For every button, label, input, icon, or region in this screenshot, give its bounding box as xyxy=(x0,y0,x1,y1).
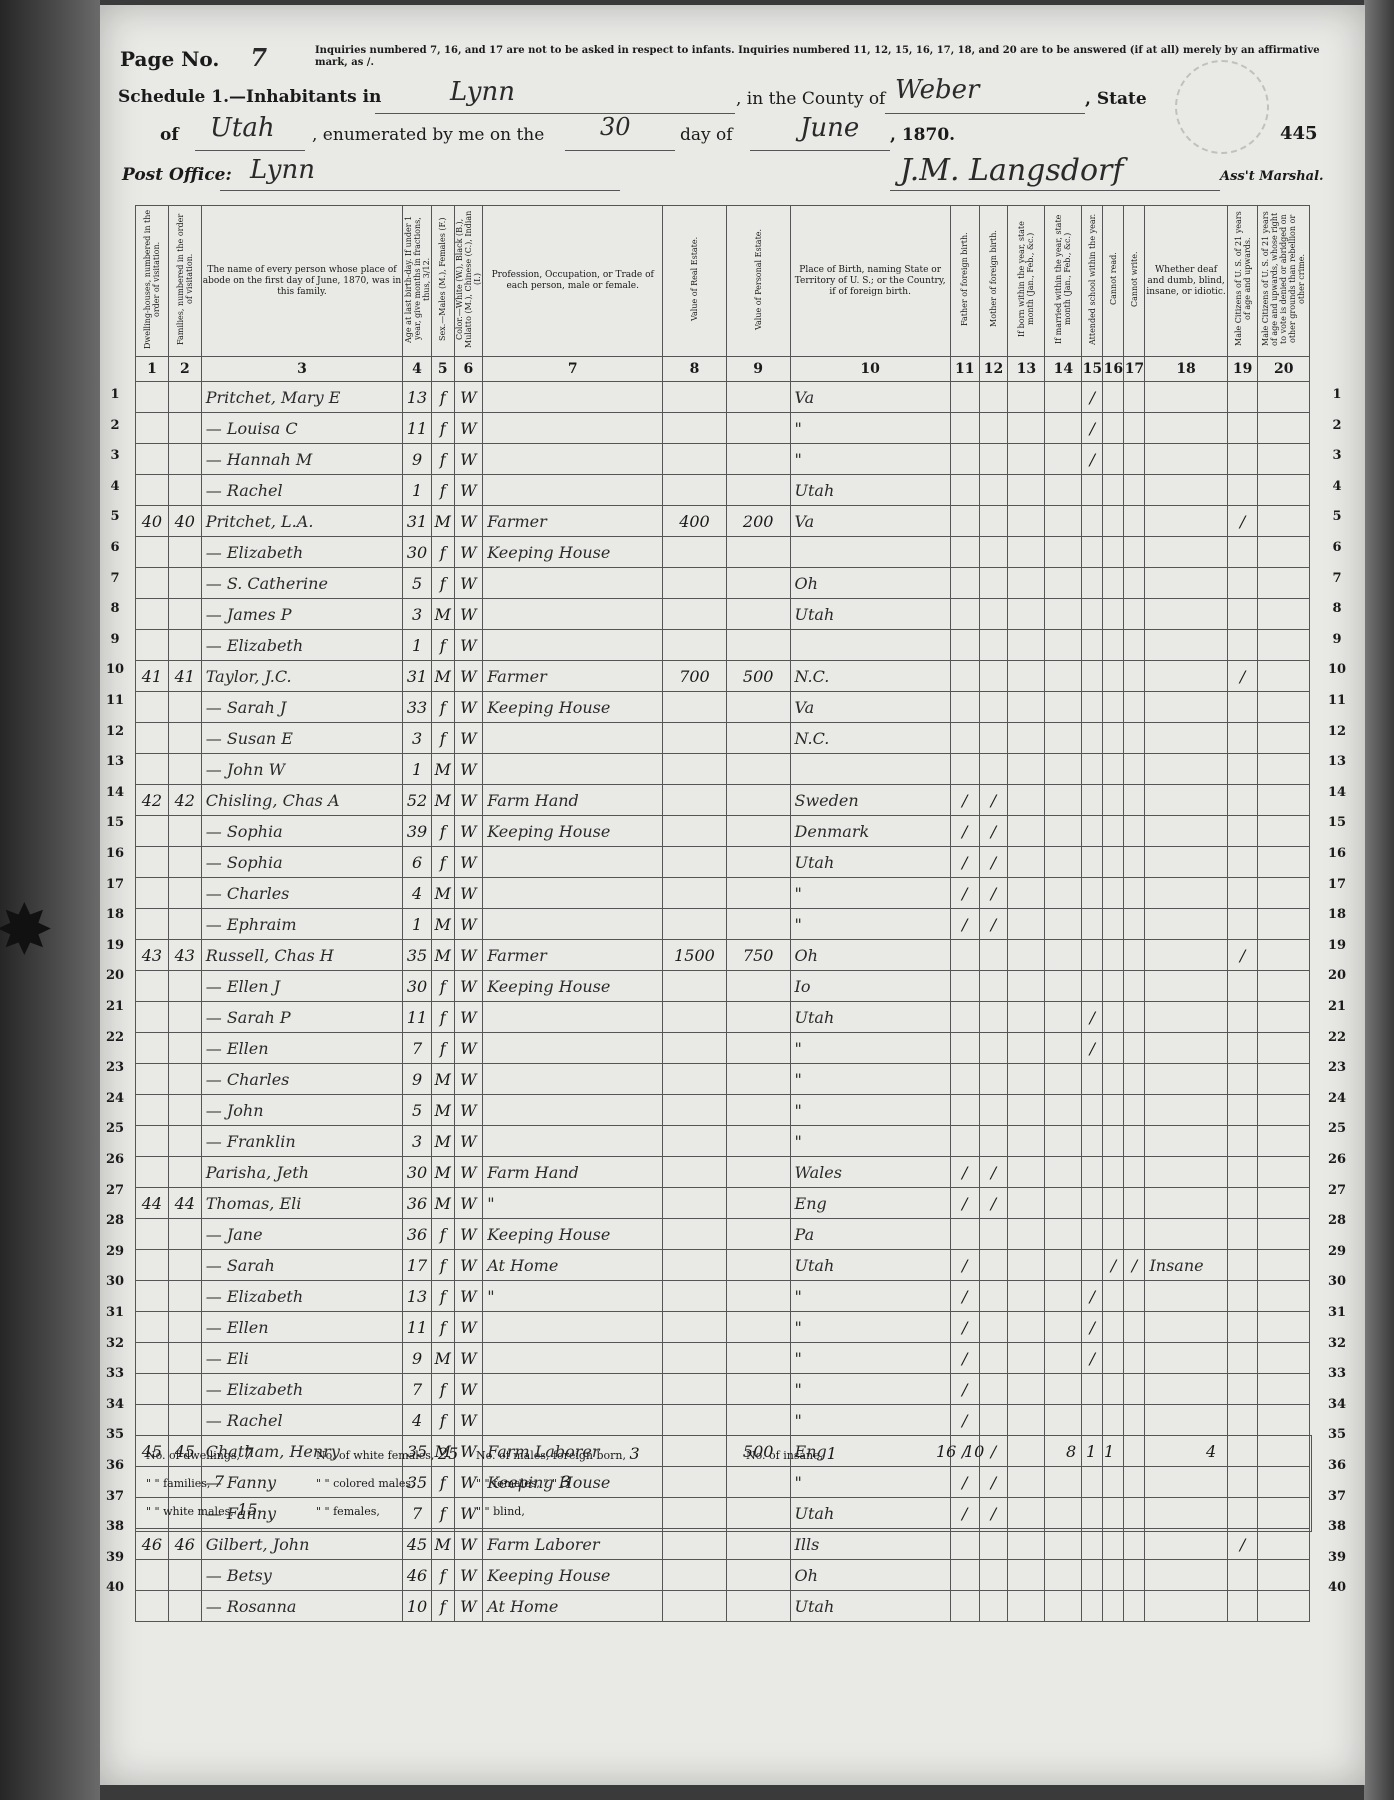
cell-pe xyxy=(726,413,790,444)
table-row: 4444Thomas, Eli36MW"Eng// xyxy=(136,1188,1310,1219)
cell-fam: 44 xyxy=(168,1188,201,1219)
cell-c20 xyxy=(1258,1064,1310,1095)
cell-c17 xyxy=(1124,816,1145,847)
cell-name: — John W xyxy=(201,754,402,785)
cell-c17 xyxy=(1124,1343,1145,1374)
cell-re xyxy=(663,1560,727,1591)
line-number: 2 xyxy=(1322,418,1352,433)
cell-c14 xyxy=(1045,413,1082,444)
cell-c13 xyxy=(1008,940,1045,971)
cell-c17 xyxy=(1124,1405,1145,1436)
cell-c12 xyxy=(979,692,1008,723)
cell-sex: M xyxy=(431,1188,454,1219)
cell-fam xyxy=(168,1281,201,1312)
line-number: 34 xyxy=(1322,1397,1352,1412)
cell-birth: " xyxy=(790,1312,950,1343)
stamp-number: 445 xyxy=(1280,123,1318,144)
cell-c15 xyxy=(1082,754,1103,785)
line-number: 28 xyxy=(1322,1213,1352,1228)
table-row: — Rachel4fW"/ xyxy=(136,1405,1310,1436)
line-number: 19 xyxy=(100,938,130,953)
cell-pe xyxy=(726,723,790,754)
cell-c14 xyxy=(1045,1281,1082,1312)
cell-c12: / xyxy=(979,785,1008,816)
cell-c15 xyxy=(1082,878,1103,909)
cell-fam xyxy=(168,630,201,661)
cell-c15: / xyxy=(1082,382,1103,413)
col-num: 15 xyxy=(1082,357,1103,382)
cell-c14 xyxy=(1045,1405,1082,1436)
cell-c18 xyxy=(1145,1405,1227,1436)
cell-dw xyxy=(136,1126,169,1157)
cell-name: — Sarah P xyxy=(201,1002,402,1033)
line-number: 26 xyxy=(100,1152,130,1167)
cell-c20 xyxy=(1258,723,1310,754)
cell-c14 xyxy=(1045,1219,1082,1250)
cell-fam xyxy=(168,692,201,723)
cell-sex: M xyxy=(431,1343,454,1374)
line-number: 3 xyxy=(100,448,130,463)
cell-sex: f xyxy=(431,971,454,1002)
cell-name: — Sarah J xyxy=(201,692,402,723)
cell-age: 3 xyxy=(403,599,432,630)
cell-c18 xyxy=(1145,1343,1227,1374)
cell-c19 xyxy=(1227,537,1258,568)
cell-re xyxy=(663,1591,727,1622)
cell-sex: f xyxy=(431,1312,454,1343)
cell-c15 xyxy=(1082,971,1103,1002)
cell-c15 xyxy=(1082,940,1103,971)
cell-color: W xyxy=(454,475,483,506)
cell-c19 xyxy=(1227,599,1258,630)
cell-dw xyxy=(136,816,169,847)
cell-pe xyxy=(726,1405,790,1436)
line-number: 33 xyxy=(100,1366,130,1381)
cell-re xyxy=(663,1343,727,1374)
cell-c20 xyxy=(1258,1033,1310,1064)
cell-c12: / xyxy=(979,1188,1008,1219)
cell-c16 xyxy=(1103,1343,1124,1374)
cell-name: Pritchet, Mary E xyxy=(201,382,402,413)
cell-c15: / xyxy=(1082,1281,1103,1312)
table-row: 4141Taylor, J.C.31MWFarmer700500N.C./ xyxy=(136,661,1310,692)
cell-pe xyxy=(726,1374,790,1405)
cell-re xyxy=(663,785,727,816)
cell-name: — Sophia xyxy=(201,847,402,878)
cell-c11: / xyxy=(950,1312,979,1343)
cell-birth: Utah xyxy=(790,1250,950,1281)
white-females-count: No. of white females, 25 xyxy=(316,1444,458,1463)
cell-c14 xyxy=(1045,1188,1082,1219)
cell-re xyxy=(663,568,727,599)
cell-c12 xyxy=(979,506,1008,537)
star-mark-icon: ✸ xyxy=(0,895,54,965)
cell-occ xyxy=(483,1405,663,1436)
cell-c12: / xyxy=(979,816,1008,847)
cell-c20 xyxy=(1258,630,1310,661)
cell-pe: 200 xyxy=(726,506,790,537)
cell-c17 xyxy=(1124,785,1145,816)
cell-fam xyxy=(168,1374,201,1405)
col-num: 3 xyxy=(201,357,402,382)
cell-c19 xyxy=(1227,1560,1258,1591)
enumeration-month: June xyxy=(800,113,859,143)
cell-pe xyxy=(726,1064,790,1095)
cell-c11 xyxy=(950,1219,979,1250)
cell-color: W xyxy=(454,1312,483,1343)
line-number: 9 xyxy=(100,632,130,647)
col-header-18: Whether deaf and dumb, blind, insane, or… xyxy=(1145,206,1227,357)
cell-c15 xyxy=(1082,1560,1103,1591)
col-header-1: Dwelling-houses, numbered in the order o… xyxy=(136,206,169,357)
cell-sex: f xyxy=(431,816,454,847)
cell-dw xyxy=(136,1002,169,1033)
line-number: 10 xyxy=(1322,662,1352,677)
cell-c13 xyxy=(1008,971,1045,1002)
cell-dw xyxy=(136,1405,169,1436)
cell-birth: Oh xyxy=(790,1560,950,1591)
cell-age: 52 xyxy=(403,785,432,816)
cell-fam xyxy=(168,1064,201,1095)
line-number: 14 xyxy=(1322,785,1352,800)
col-header-16: Cannot read. xyxy=(1103,206,1124,357)
cell-pe xyxy=(726,847,790,878)
cell-sex: M xyxy=(431,661,454,692)
line-number: 27 xyxy=(100,1183,130,1198)
cell-sex: f xyxy=(431,1560,454,1591)
cell-c19 xyxy=(1227,444,1258,475)
cell-occ: At Home xyxy=(483,1250,663,1281)
cell-c20 xyxy=(1258,1281,1310,1312)
cell-color: W xyxy=(454,971,483,1002)
cell-c17 xyxy=(1124,475,1145,506)
cell-c13 xyxy=(1008,1095,1045,1126)
cell-fam xyxy=(168,878,201,909)
cell-age: 30 xyxy=(403,1157,432,1188)
table-row: — Charles9MW" xyxy=(136,1064,1310,1095)
cell-c11 xyxy=(950,568,979,599)
cell-occ xyxy=(483,599,663,630)
cell-dw xyxy=(136,1064,169,1095)
cell-c14 xyxy=(1045,568,1082,599)
cell-re xyxy=(663,1219,727,1250)
cell-c14 xyxy=(1045,1157,1082,1188)
cell-c13 xyxy=(1008,1343,1045,1374)
cell-dw xyxy=(136,723,169,754)
cell-name: — Ellen xyxy=(201,1312,402,1343)
table-row: — Sarah J33fWKeeping HouseVa xyxy=(136,692,1310,723)
cell-birth: Utah xyxy=(790,1591,950,1622)
cell-c19 xyxy=(1227,692,1258,723)
cell-dw xyxy=(136,444,169,475)
cell-c11 xyxy=(950,444,979,475)
cell-age: 30 xyxy=(403,537,432,568)
cell-c16 xyxy=(1103,1374,1124,1405)
cell-occ xyxy=(483,630,663,661)
cell-c17 xyxy=(1124,971,1145,1002)
cell-c12: / xyxy=(979,878,1008,909)
cell-name: — Rachel xyxy=(201,475,402,506)
table-row: — Ellen J30fWKeeping HouseIo xyxy=(136,971,1310,1002)
cell-pe xyxy=(726,1281,790,1312)
table-row: 4646Gilbert, John45MWFarm LaborerIlls/ xyxy=(136,1529,1310,1560)
cell-c12 xyxy=(979,971,1008,1002)
cell-c16 xyxy=(1103,630,1124,661)
cell-c13 xyxy=(1008,847,1045,878)
cell-c11: / xyxy=(950,816,979,847)
cell-age: 1 xyxy=(403,754,432,785)
cell-c16 xyxy=(1103,754,1124,785)
cell-name: — Ephraim xyxy=(201,909,402,940)
cell-c20 xyxy=(1258,1157,1310,1188)
cell-c14 xyxy=(1045,599,1082,630)
signature-underline xyxy=(890,190,1220,191)
cell-sex: f xyxy=(431,1002,454,1033)
cell-c11 xyxy=(950,1529,979,1560)
cell-birth: " xyxy=(790,909,950,940)
cell-c19 xyxy=(1227,847,1258,878)
cell-c12 xyxy=(979,537,1008,568)
cell-name: — Eli xyxy=(201,1343,402,1374)
cell-birth: " xyxy=(790,1095,950,1126)
cell-c16 xyxy=(1103,661,1124,692)
line-number: 18 xyxy=(100,907,130,922)
cell-age: 35 xyxy=(403,940,432,971)
cell-c17 xyxy=(1124,630,1145,661)
cell-c13 xyxy=(1008,599,1045,630)
cell-c12 xyxy=(979,940,1008,971)
cell-c15 xyxy=(1082,847,1103,878)
cell-sex: M xyxy=(431,785,454,816)
cell-fam: 43 xyxy=(168,940,201,971)
line-number: 10 xyxy=(100,662,130,677)
cell-dw xyxy=(136,413,169,444)
col-num: 1 xyxy=(136,357,169,382)
cell-c15 xyxy=(1082,1157,1103,1188)
cell-c18 xyxy=(1145,1126,1227,1157)
cell-c16 xyxy=(1103,413,1124,444)
table-row: — Elizabeth7fW"/ xyxy=(136,1374,1310,1405)
enumeration-year: , 1870. xyxy=(890,125,955,145)
cell-c15 xyxy=(1082,1374,1103,1405)
cell-c11 xyxy=(950,1064,979,1095)
cell-c11 xyxy=(950,1126,979,1157)
cell-c17 xyxy=(1124,909,1145,940)
cell-re xyxy=(663,847,727,878)
cell-color: W xyxy=(454,1343,483,1374)
cell-pe xyxy=(726,537,790,568)
place-underline xyxy=(375,113,735,114)
cell-c17: / xyxy=(1124,1250,1145,1281)
cell-birth: " xyxy=(790,1405,950,1436)
cell-name: — Charles xyxy=(201,1064,402,1095)
cell-c13 xyxy=(1008,1374,1045,1405)
cell-c18 xyxy=(1145,1188,1227,1219)
cell-birth: " xyxy=(790,1064,950,1095)
cell-c12 xyxy=(979,754,1008,785)
cell-name: — Rosanna xyxy=(201,1591,402,1622)
cell-c19 xyxy=(1227,1312,1258,1343)
cell-c11: / xyxy=(950,1405,979,1436)
table-row: — Rosanna10fWAt HomeUtah xyxy=(136,1591,1310,1622)
cell-sex: M xyxy=(431,1095,454,1126)
cell-sex: f xyxy=(431,847,454,878)
cell-color: W xyxy=(454,1250,483,1281)
cell-color: W xyxy=(454,723,483,754)
cell-c17 xyxy=(1124,1033,1145,1064)
line-number: 26 xyxy=(1322,1152,1352,1167)
cell-fam xyxy=(168,1591,201,1622)
cell-c20 xyxy=(1258,506,1310,537)
cell-c14 xyxy=(1045,785,1082,816)
cell-c20 xyxy=(1258,816,1310,847)
cell-dw xyxy=(136,878,169,909)
cell-c13 xyxy=(1008,1405,1045,1436)
cell-c13 xyxy=(1008,1064,1045,1095)
table-row: — Ephraim1MW"// xyxy=(136,909,1310,940)
cell-c12 xyxy=(979,1033,1008,1064)
cell-re xyxy=(663,1405,727,1436)
stamp-circle xyxy=(1175,60,1269,154)
line-number: 35 xyxy=(1322,1427,1352,1442)
cell-dw xyxy=(136,568,169,599)
cell-c20 xyxy=(1258,1095,1310,1126)
cell-c19 xyxy=(1227,723,1258,754)
cell-c18 xyxy=(1145,692,1227,723)
cell-pe xyxy=(726,1343,790,1374)
cell-c12 xyxy=(979,1095,1008,1126)
cell-age: 1 xyxy=(403,909,432,940)
cell-c17 xyxy=(1124,878,1145,909)
cell-re xyxy=(663,1157,727,1188)
cell-dw: 41 xyxy=(136,661,169,692)
cell-c16 xyxy=(1103,1188,1124,1219)
cell-birth: Eng xyxy=(790,1188,950,1219)
cell-c14 xyxy=(1045,537,1082,568)
cell-fam xyxy=(168,599,201,630)
cell-name: — Betsy xyxy=(201,1560,402,1591)
cell-name: Chisling, Chas A xyxy=(201,785,402,816)
cell-c12 xyxy=(979,568,1008,599)
col-header-8: Value of Real Estate. xyxy=(663,206,727,357)
cell-c16 xyxy=(1103,599,1124,630)
line-number: 36 xyxy=(100,1458,130,1473)
cell-c18: Insane xyxy=(1145,1250,1227,1281)
line-number: 20 xyxy=(100,968,130,983)
cell-c18 xyxy=(1145,475,1227,506)
cell-c19 xyxy=(1227,1405,1258,1436)
col-header-5: Sex.—Males (M.), Females (F.) xyxy=(431,206,454,357)
cell-c11 xyxy=(950,599,979,630)
state-underline xyxy=(195,150,305,151)
cell-color: W xyxy=(454,909,483,940)
cell-c14 xyxy=(1045,1095,1082,1126)
cell-birth: Utah xyxy=(790,475,950,506)
cell-sex: f xyxy=(431,413,454,444)
cell-c19: / xyxy=(1227,1529,1258,1560)
cell-c15 xyxy=(1082,630,1103,661)
cell-c15 xyxy=(1082,506,1103,537)
cell-c12 xyxy=(979,1405,1008,1436)
cell-c14 xyxy=(1045,692,1082,723)
cell-c17 xyxy=(1124,1157,1145,1188)
cell-birth: Ills xyxy=(790,1529,950,1560)
cell-fam xyxy=(168,537,201,568)
line-number: 22 xyxy=(100,1030,130,1045)
cell-color: W xyxy=(454,661,483,692)
cell-age: 7 xyxy=(403,1033,432,1064)
cell-re xyxy=(663,1064,727,1095)
cell-occ xyxy=(483,1343,663,1374)
cell-c12 xyxy=(979,1591,1008,1622)
marshal-signature: J.M. Langsdorf xyxy=(900,153,1123,188)
cell-c19 xyxy=(1227,1219,1258,1250)
cell-sex: f xyxy=(431,444,454,475)
col-header-17: Cannot write. xyxy=(1124,206,1145,357)
cell-sex: f xyxy=(431,1250,454,1281)
cell-re xyxy=(663,1188,727,1219)
total-col-12: 10 xyxy=(964,1442,984,1461)
cell-dw: 43 xyxy=(136,940,169,971)
cell-age: 6 xyxy=(403,847,432,878)
cell-c14 xyxy=(1045,1529,1082,1560)
line-number: 27 xyxy=(1322,1183,1352,1198)
cell-c19 xyxy=(1227,816,1258,847)
foreign-males-count: No. of males, foreign born, 3 xyxy=(476,1444,640,1463)
cell-occ xyxy=(483,1374,663,1405)
cell-dw xyxy=(136,909,169,940)
cell-birth: Utah xyxy=(790,1002,950,1033)
cell-name: — Elizabeth xyxy=(201,630,402,661)
cell-occ xyxy=(483,382,663,413)
cell-color: W xyxy=(454,630,483,661)
cell-name: — S. Catherine xyxy=(201,568,402,599)
cell-c18 xyxy=(1145,1374,1227,1405)
cell-c11 xyxy=(950,506,979,537)
cell-re xyxy=(663,413,727,444)
cell-c12: / xyxy=(979,847,1008,878)
cell-pe xyxy=(726,444,790,475)
cell-c11 xyxy=(950,475,979,506)
cell-dw xyxy=(136,537,169,568)
cell-c13 xyxy=(1008,878,1045,909)
cell-pe xyxy=(726,1529,790,1560)
cell-dw xyxy=(136,1343,169,1374)
cell-name: — Hannah M xyxy=(201,444,402,475)
cell-c18 xyxy=(1145,1281,1227,1312)
cell-dw: 46 xyxy=(136,1529,169,1560)
cell-re xyxy=(663,537,727,568)
cell-dw xyxy=(136,382,169,413)
cell-fam xyxy=(168,723,201,754)
cell-sex: M xyxy=(431,1064,454,1095)
cell-color: W xyxy=(454,599,483,630)
col-header-20: Male Citizens of U. S. of 21 years of ag… xyxy=(1258,206,1310,357)
cell-birth: Utah xyxy=(790,847,950,878)
cell-c20 xyxy=(1258,1002,1310,1033)
line-number: 15 xyxy=(100,815,130,830)
cell-c19 xyxy=(1227,630,1258,661)
cell-age: 45 xyxy=(403,1529,432,1560)
cell-c16 xyxy=(1103,1560,1124,1591)
col-num: 17 xyxy=(1124,357,1145,382)
col-num: 13 xyxy=(1008,357,1045,382)
cell-c11 xyxy=(950,940,979,971)
cell-age: 3 xyxy=(403,723,432,754)
cell-c13 xyxy=(1008,1126,1045,1157)
cell-color: W xyxy=(454,785,483,816)
cell-color: W xyxy=(454,1374,483,1405)
